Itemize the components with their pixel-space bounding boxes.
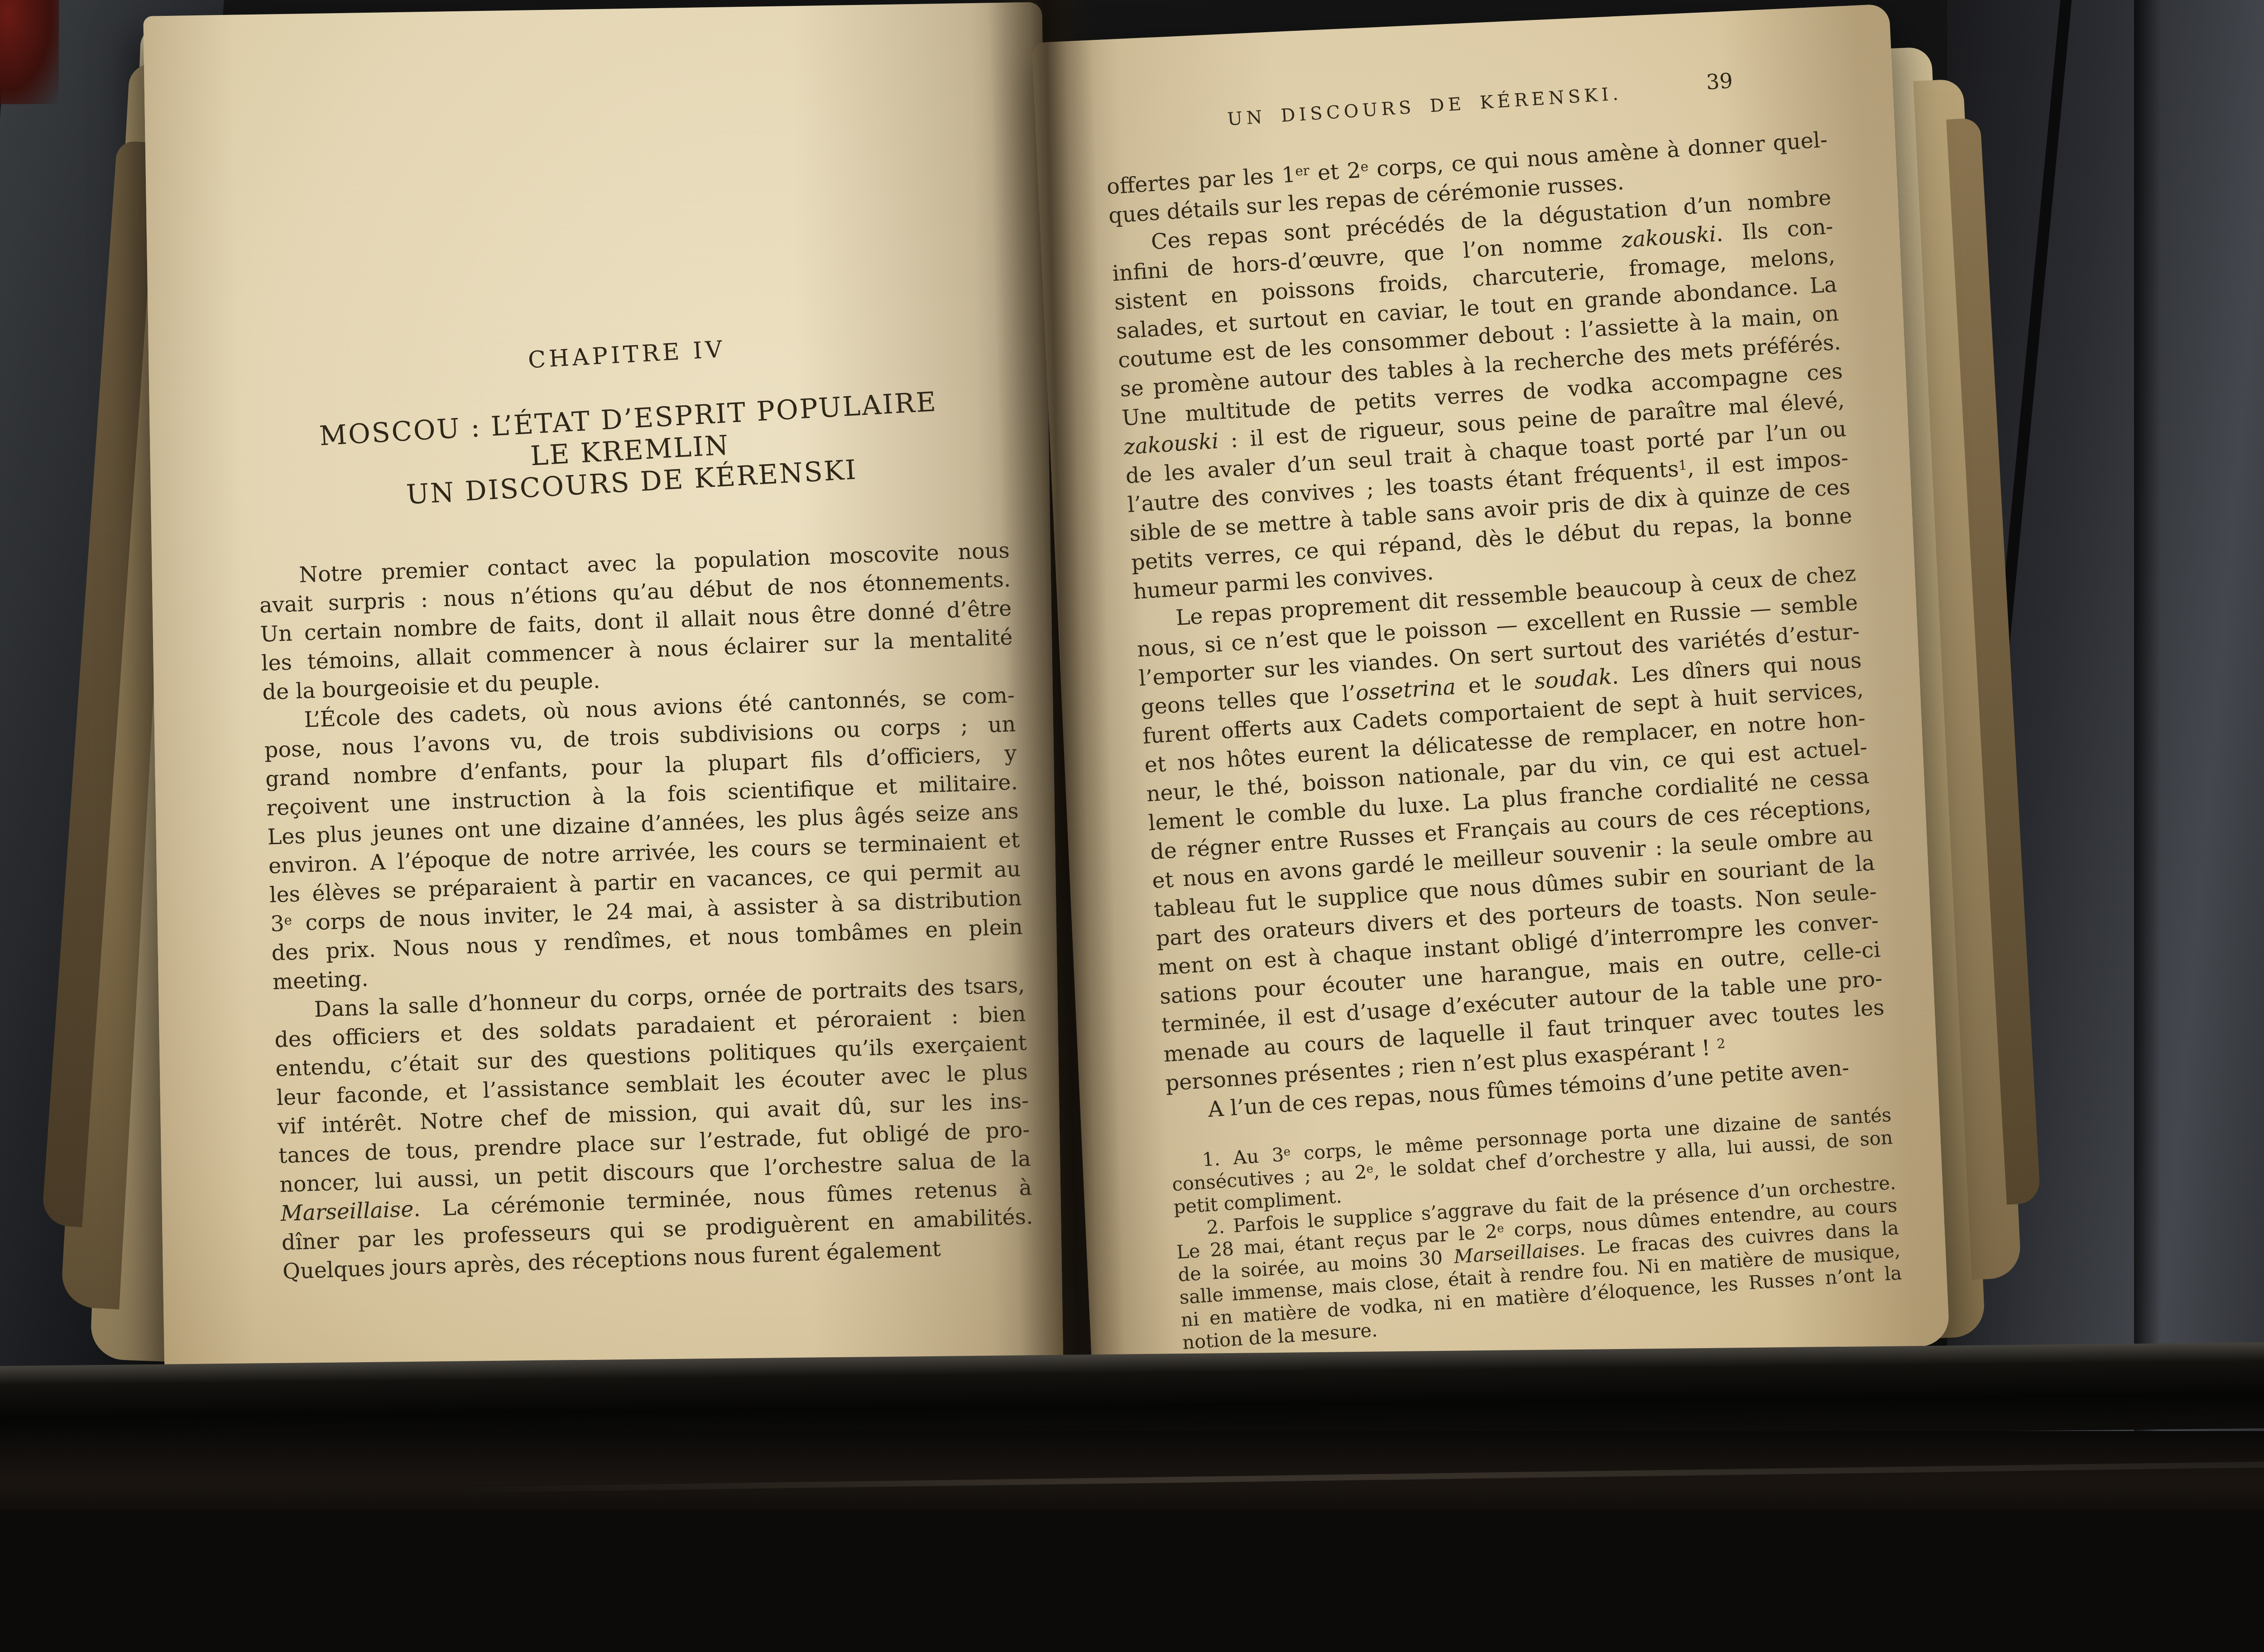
paragraph: Dans la salle d’honneur du corps, ornée …	[273, 970, 1034, 1287]
paragraph: Le repas proprement dit ressemble beauco…	[1134, 559, 1887, 1098]
paragraph: Ces repas sont précédés de la dégustatio…	[1109, 183, 1855, 607]
right-page: UN DISCOURS DE KÉRENSKI. 39 offertes par…	[1032, 4, 1950, 1384]
right-page-text: UN DISCOURS DE KÉRENSKI. 39 offertes par…	[1102, 70, 1904, 1354]
left-page: CHAPITRE IV MOSCOU : L’ÉTAT D’ESPRIT POP…	[143, 2, 1063, 1388]
photo-scene: CHAPITRE IV MOSCOU : L’ÉTAT D’ESPRIT POP…	[0, 0, 2264, 1510]
page-number: 39	[1705, 68, 1733, 94]
paragraph: Notre premier contact avec la population…	[258, 536, 1014, 707]
left-page-text: CHAPITRE IV MOSCOU : L’ÉTAT D’ESPRIT POP…	[250, 328, 1034, 1287]
running-head: UN DISCOURS DE KÉRENSKI.	[1064, 72, 1786, 140]
paragraph: L’École des cadets, où nous avions été c…	[263, 681, 1024, 997]
chapter-title: MOSCOU : L’ÉTAT D’ESPRIT POPULAIRELE KRE…	[252, 382, 1008, 519]
open-book: CHAPITRE IV MOSCOU : L’ÉTAT D’ESPRIT POP…	[0, 0, 2264, 1510]
background-bottom	[0, 1431, 2264, 1510]
chapter-heading: CHAPITRE IV	[251, 321, 1003, 389]
footnotes: 1. Au 3e corps, le même personnage porta…	[1170, 1104, 1904, 1354]
